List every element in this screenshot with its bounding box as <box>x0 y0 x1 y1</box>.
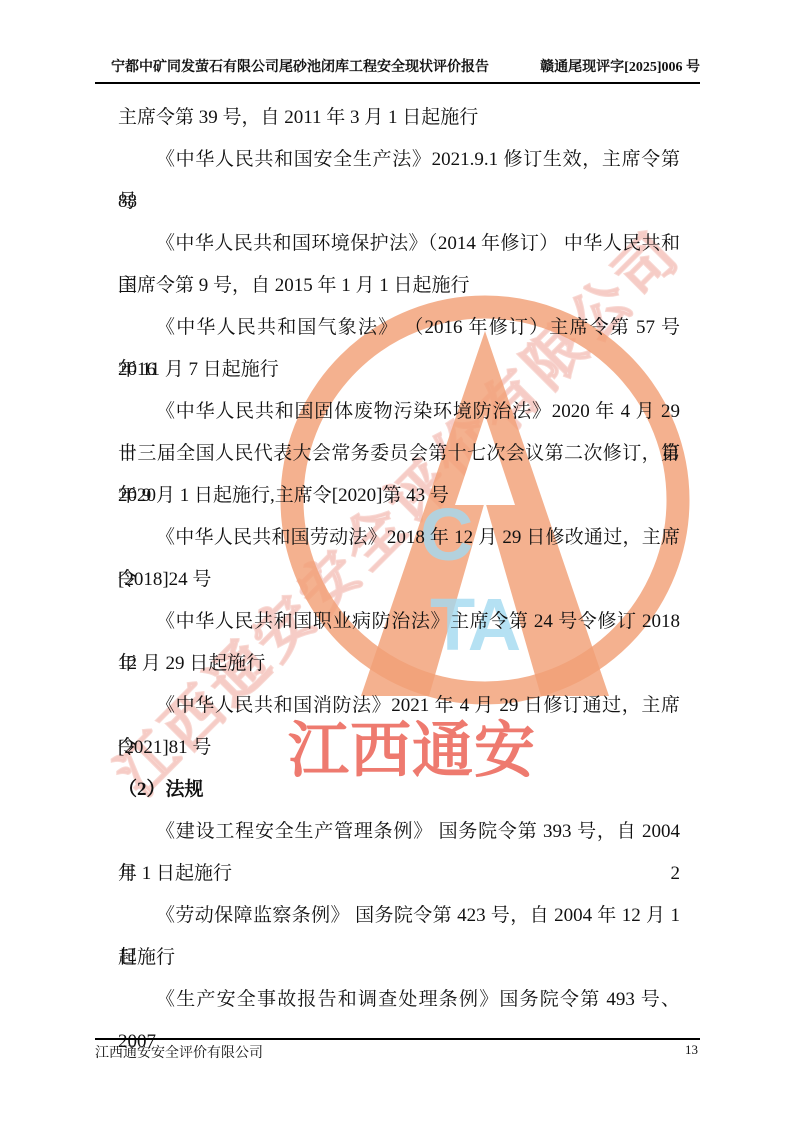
body-line: 《中华人民共和国劳动法》2018 年 12 月 29 日修改通过，主席令 <box>118 517 680 559</box>
header-doc-number: 赣通尾现评字[2025]006 号 <box>540 56 700 76</box>
body-line: 主席令第 39 号，自 2011 年 3 月 1 日起施行 <box>118 97 680 139</box>
footer-company: 江西通安安全评价有限公司 <box>95 1042 263 1062</box>
body-line: 主席令第 9 号，自 2015 年 1 月 1 日起施行 <box>118 265 680 307</box>
body-line: 《建设工程安全生产管理条例》 国务院令第 393 号，自 2004 年 2 <box>118 811 680 853</box>
body-line: 《中华人民共和国气象法》 （2016 年修订）主席令第 57 号 2016 <box>118 307 680 349</box>
body-line: 《中华人民共和国消防法》2021 年 4 月 29 日修订通过，主席令 <box>118 685 680 727</box>
body-line: 年 9 月 1 日起施行,主席令[2020]第 43 号 <box>118 475 680 517</box>
page-header: 宁都中矿同发萤石有限公司尾砂池闭库工程安全现状评价报告 赣通尾现评字[2025]… <box>95 56 700 84</box>
body-line: 《中华人民共和国职业病防治法》主席令第 24 号令修订 2018 年 <box>118 601 680 643</box>
report-page: 江西通安安全评价有限公司 C TA 江西通安 宁都中矿同发萤石有限公司尾砂池闭库… <box>0 0 793 1122</box>
body-line: 《中华人民共和国安全生产法》2021.9.1 修订生效，主席令第 88 <box>118 139 680 181</box>
body-line: 起施行 <box>118 937 680 979</box>
body-line: 12 月 29 日起施行 <box>118 643 680 685</box>
body-line: 《生产安全事故报告和调查处理条例》国务院令第 493 号、2007 <box>118 979 680 1021</box>
page-footer: 江西通安安全评价有限公司 13 <box>95 1038 700 1062</box>
body-line: 号 <box>118 181 680 223</box>
header-title: 宁都中矿同发萤石有限公司尾砂池闭库工程安全现状评价报告 <box>95 56 489 76</box>
body-line: [2021]81 号 <box>118 727 680 769</box>
body-line: 年 11 月 7 日起施行 <box>118 349 680 391</box>
page-number: 13 <box>685 1042 700 1058</box>
document-body: 主席令第 39 号，自 2011 年 3 月 1 日起施行 《中华人民共和国安全… <box>118 97 680 1021</box>
body-line: 《中华人民共和国固体废物污染环境防治法》2020 年 4 月 29 日第 <box>118 391 680 433</box>
section-heading: （2）法规 <box>118 769 680 811</box>
body-line: [2018]24 号 <box>118 559 680 601</box>
body-line: 《劳动保障监察条例》 国务院令第 423 号，自 2004 年 12 月 1 日 <box>118 895 680 937</box>
body-line: 《中华人民共和国环境保护法》（2014 年修订） 中华人民共和国 <box>118 223 680 265</box>
body-line: 十三届全国人民代表大会常务委员会第十七次会议第二次修订，自 2020 <box>118 433 680 475</box>
